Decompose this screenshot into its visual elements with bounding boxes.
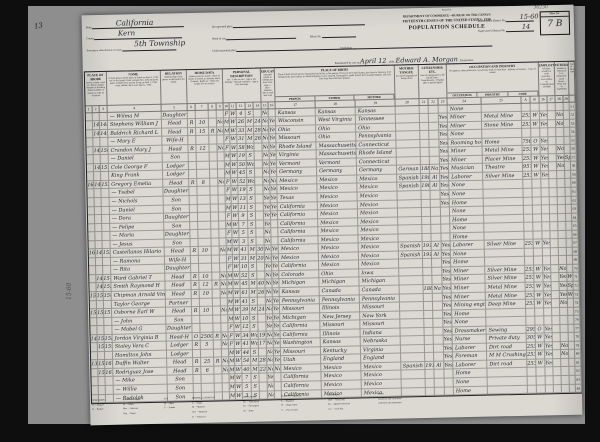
- census-cell: Yes: [444, 361, 453, 370]
- census-cell: [211, 213, 219, 222]
- census-cell: S: [248, 212, 256, 221]
- census-cell: [526, 317, 535, 326]
- census-cell: Yes: [443, 301, 452, 310]
- legend-cluster: COLOR OR RACEW — WhiteMex — MexicanNeg —…: [123, 398, 158, 423]
- census-cell: [541, 180, 549, 189]
- census-cell: [535, 317, 544, 326]
- subcolumn-father: FATHER: [315, 95, 355, 100]
- census-cell: W: [536, 334, 545, 343]
- census-cell: Yes: [439, 122, 448, 131]
- column-group-citizenship-etc-: CITIZENSHIP, ETC.Year of immigration to …: [419, 64, 448, 99]
- census-cell: 72: [574, 282, 580, 291]
- census-cell: [210, 187, 218, 196]
- census-cell: M: [251, 357, 259, 366]
- census-cell: [422, 234, 431, 243]
- census-cell: 2500: [201, 332, 214, 341]
- census-cell: 80: [575, 350, 581, 359]
- census-cell: Yes: [545, 342, 553, 351]
- census-cell: [430, 191, 440, 200]
- census-cell: [198, 204, 211, 213]
- sheet-value: 7 B: [541, 17, 569, 33]
- census-cell: [211, 195, 219, 204]
- census-cell: [522, 129, 531, 138]
- census-cell: 70: [573, 265, 579, 274]
- census-cell: [100, 112, 108, 121]
- census-cell: Wd: [247, 160, 255, 169]
- census-cell: S: [247, 152, 255, 161]
- census-cell: [201, 349, 214, 358]
- census-cell: [549, 188, 557, 197]
- census-cell: [211, 204, 219, 213]
- census-cell: [532, 180, 541, 189]
- legend-cluster: VETERANSWW — World WarSp — Spanish-Ameri…: [328, 393, 372, 418]
- census-cell: [553, 350, 561, 359]
- census-cell: R: [191, 273, 199, 282]
- census-cell: [553, 342, 561, 351]
- census-cell: [257, 263, 265, 272]
- census-cell: Yes: [443, 319, 452, 328]
- census-cell: 2537: [526, 291, 535, 300]
- census-cell: 2531: [525, 274, 534, 283]
- census-cell: 71: [573, 273, 579, 282]
- census-cell: M: [246, 126, 254, 135]
- census-cell: [102, 215, 110, 224]
- census-cell: 7: [239, 220, 248, 229]
- census-cell: [544, 316, 552, 325]
- census-cell: [525, 248, 534, 257]
- census-cell: [560, 325, 568, 334]
- census-cell: [423, 276, 432, 285]
- census-cell: [212, 247, 220, 256]
- census-cell: [257, 271, 265, 280]
- census-cell: [432, 259, 442, 268]
- census-cell: 1887: [424, 285, 433, 294]
- census-cell: [551, 248, 559, 257]
- census-cell: [212, 255, 220, 264]
- census-cell: [214, 366, 222, 375]
- census-cell: 26: [258, 288, 266, 297]
- census-cell: 2957: [526, 325, 535, 334]
- census-cell: [425, 336, 434, 345]
- census-cell: S: [247, 169, 255, 178]
- census-cell: 2531: [526, 300, 535, 309]
- census-cell: 1913: [423, 251, 432, 260]
- census-cell: [214, 375, 222, 384]
- census-cell: [199, 255, 212, 264]
- census-cell: 9: [239, 212, 248, 221]
- census-cell: [429, 131, 439, 140]
- census-cell: [542, 205, 550, 214]
- census-cell: [190, 196, 198, 205]
- census-cell: [433, 327, 443, 336]
- census-cell: 10: [200, 290, 213, 299]
- census-cell: [542, 222, 550, 231]
- census-cell: 7565: [522, 137, 531, 146]
- census-cell: Yes: [545, 333, 553, 342]
- census-cell: [420, 122, 429, 131]
- census-cell: [213, 307, 221, 316]
- census-cell: 81: [575, 359, 581, 368]
- census-cell: [523, 189, 532, 198]
- census-cell: [424, 302, 433, 311]
- census-cell: [557, 171, 565, 180]
- census-cell: W: [534, 240, 543, 249]
- census-cell: [105, 377, 113, 386]
- census-cell: [439, 105, 448, 114]
- census-cell: [548, 120, 556, 129]
- census-cell: Yes: [545, 359, 553, 368]
- census-cell: 22: [259, 365, 267, 374]
- census-cell: R: [188, 145, 196, 154]
- census-cell: [431, 208, 441, 217]
- census-cell: R: [188, 128, 196, 137]
- census-cell: S: [248, 229, 256, 238]
- census-cell: [199, 264, 212, 273]
- census-cell: [188, 110, 196, 119]
- column-group-home-data: HOME DATAHome owned or rented · Value of…: [187, 69, 224, 104]
- census-cell: [213, 324, 221, 333]
- legend-cluster: CITIZENSHIPNa — NaturalizedPa — First pa…: [243, 395, 276, 420]
- unincorporated-field: Unincorporated place: [212, 45, 356, 52]
- census-cell: [197, 161, 210, 170]
- census-cell: [432, 267, 442, 276]
- census-cell: 68: [573, 247, 579, 256]
- census-cell: [524, 223, 533, 232]
- census-cell: R: [193, 367, 201, 376]
- census-cell: Yes: [440, 190, 449, 199]
- census-cell: 83: [576, 376, 582, 385]
- census-cell: M: [250, 289, 258, 298]
- census-cell: 41: [240, 246, 249, 255]
- census-cell: [190, 230, 198, 239]
- census-cell: 73: [574, 290, 580, 299]
- census-cell: R: [214, 358, 222, 367]
- census-cell: 54: [570, 128, 576, 137]
- township-value: 5th Township: [134, 38, 185, 48]
- census-cell: 1915: [425, 362, 434, 371]
- column-group-place-of-abode: PLACE OF ABODEStreet, avenue, road, etc.…: [85, 72, 108, 106]
- census-cell: 44: [242, 349, 251, 358]
- census-cell: [548, 111, 556, 120]
- census-cell: Yes: [442, 250, 451, 259]
- census-cell: [422, 199, 431, 208]
- state-value: California: [116, 18, 154, 28]
- census-cell: [192, 316, 200, 325]
- census-cell: 61: [241, 289, 250, 298]
- census-cell: [101, 189, 109, 198]
- census-cell: [548, 103, 556, 112]
- census-cell: [435, 379, 445, 388]
- census-cell: W: [531, 111, 540, 120]
- census-cell: R: [192, 307, 200, 316]
- census-cell: 10: [199, 247, 212, 256]
- census-cell: [557, 179, 565, 188]
- census-cell: [209, 119, 217, 128]
- census-cell: 10: [200, 307, 213, 316]
- census-cell: Wd: [251, 331, 259, 340]
- census-cell: [560, 316, 568, 325]
- census-cell: [550, 197, 558, 206]
- census-cell: [522, 103, 531, 112]
- census-cell: 63: [572, 205, 578, 214]
- census-cell: [210, 153, 218, 162]
- census-cell: [540, 128, 548, 137]
- census-cell: [549, 154, 557, 163]
- census-cell: 56: [571, 145, 577, 154]
- census-cell: [434, 336, 444, 345]
- column-group-relation: RELATIONRelationship of this person to t…: [161, 70, 188, 105]
- census-cell: Yes: [439, 139, 448, 148]
- census-cell: [549, 145, 557, 154]
- census-cell: [210, 161, 218, 170]
- census-cell: [106, 386, 114, 395]
- census-cell: [527, 368, 536, 377]
- census-cell: 45: [240, 280, 249, 289]
- census-cell: [557, 188, 565, 197]
- census-cell: [441, 216, 450, 225]
- census-cell: Yes: [557, 154, 565, 163]
- census-cell: [432, 276, 442, 285]
- census-cell: [101, 172, 109, 181]
- census-cell: [212, 264, 220, 273]
- census-cell: 2537: [527, 351, 536, 360]
- census-cell: S: [250, 314, 258, 323]
- census-cell: [544, 308, 552, 317]
- census-cell: [559, 239, 567, 248]
- census-cell: [430, 156, 440, 165]
- census-cell: [542, 214, 550, 223]
- census-cell: 79: [575, 341, 581, 350]
- census-cell: 156: [104, 292, 112, 301]
- census-cell: S: [247, 186, 255, 195]
- census-cell: 1902: [421, 182, 430, 191]
- census-cell: [531, 103, 540, 112]
- census-cell: 153: [103, 249, 111, 258]
- census-cell: [260, 382, 268, 391]
- census-cell: W: [535, 291, 544, 300]
- census-cell: [255, 152, 263, 161]
- census-cell: R: [209, 127, 217, 136]
- census-cell: [422, 216, 431, 225]
- census-cell: [558, 231, 566, 240]
- census-cell: [200, 324, 213, 333]
- census-cell: [550, 214, 558, 223]
- census-cell: 2531: [527, 359, 536, 368]
- subcolumn-mother: MOTHER: [355, 94, 395, 99]
- census-cell: 3057: [527, 334, 536, 343]
- census-cell: 76: [574, 316, 580, 325]
- census-cell: Yes: [440, 148, 449, 157]
- census-cell: 20: [257, 254, 265, 263]
- census-cell: [421, 191, 430, 200]
- census-cell: 2537: [526, 283, 535, 292]
- census-cell: 150: [100, 147, 108, 156]
- census-cell: [533, 231, 542, 240]
- census-cell: [558, 196, 566, 205]
- census-cell: 158: [105, 335, 113, 344]
- census-cell: [425, 345, 434, 354]
- census-cell: [256, 212, 264, 221]
- census-cell: 78: [575, 333, 581, 342]
- census-cell: [213, 298, 221, 307]
- census-cell: [552, 282, 560, 291]
- census-cell: [434, 370, 444, 379]
- census-cell: [552, 308, 560, 317]
- census-cell: Yes: [540, 111, 548, 120]
- census-cell: 1885: [421, 165, 430, 174]
- census-cell: S: [248, 195, 256, 204]
- census-cell: [561, 359, 569, 368]
- census-cell: R: [188, 119, 196, 128]
- census-cell: Yes: [560, 290, 568, 299]
- census-cell: [548, 137, 556, 146]
- census-cell: R: [193, 358, 201, 367]
- census-cell: [556, 137, 564, 146]
- census-cell: [545, 368, 553, 377]
- census-cell: [433, 302, 443, 311]
- census-cell: W: [536, 359, 545, 368]
- column-group-place-of-birth: PLACE OF BIRTHPlace of birth of each per…: [275, 66, 396, 103]
- census-cell: [441, 225, 450, 234]
- census-cell: [424, 319, 433, 328]
- census-cell: [552, 316, 560, 325]
- census-cell: [556, 128, 564, 137]
- census-cell: [196, 136, 209, 145]
- census-cell: Na: [430, 165, 440, 174]
- census-cell: [526, 308, 535, 317]
- census-cell: [431, 216, 441, 225]
- census-cell: No: [556, 111, 564, 120]
- census-cell: [104, 317, 112, 326]
- census-cell: [102, 223, 110, 232]
- census-cell: 149: [100, 129, 108, 138]
- census-cell: 152: [101, 181, 109, 190]
- census-cell: [424, 293, 433, 302]
- census-cell: [101, 155, 109, 164]
- subcolumn-person: PERSON: [275, 96, 315, 101]
- census-cell: [193, 375, 201, 384]
- census-cell: 157: [104, 309, 112, 318]
- column-group-farm-schedule: Number of farm schedule: [569, 62, 576, 96]
- census-cell: 28: [254, 126, 262, 135]
- census-cell: [200, 298, 213, 307]
- population-table: PLACE OF ABODEStreet, avenue, road, etc.…: [84, 61, 583, 405]
- census-cell: No: [557, 145, 565, 154]
- census-cell: 50: [238, 161, 247, 170]
- census-cell: [197, 153, 210, 162]
- census-cell: [421, 157, 430, 166]
- census-cell: Yes: [442, 242, 451, 251]
- census-cell: 7: [242, 374, 251, 383]
- census-cell: [211, 230, 219, 239]
- census-cell: 30: [257, 246, 265, 255]
- census-cell: [550, 205, 558, 214]
- column-group-education: EDUCATIONAttended school or college any …: [261, 68, 276, 102]
- subcolumn-code: CODE: [508, 91, 538, 96]
- film-scribble: 36230: [533, 5, 547, 10]
- census-cell: Al: [432, 242, 442, 251]
- census-cell: 2531: [525, 240, 534, 249]
- census-cell: Yes: [440, 156, 449, 165]
- census-cell: [209, 136, 217, 145]
- census-cell: [255, 169, 263, 178]
- census-cell: [537, 376, 546, 385]
- census-cell: [551, 256, 559, 265]
- census-cell: 31: [240, 255, 249, 264]
- census-cell: 55: [570, 136, 576, 145]
- census-cell: Yes: [559, 273, 567, 282]
- census-cell: Yes: [541, 154, 549, 163]
- census-cell: 19: [238, 152, 247, 161]
- census-cell: [196, 110, 209, 119]
- census-cell: 61: [571, 188, 577, 197]
- subcolumn-occupation: OCCUPATION: [447, 93, 477, 98]
- census-sheet: State California County Kern Township or…: [82, 5, 583, 426]
- census-cell: [103, 266, 111, 275]
- census-cell: Yes: [544, 282, 552, 291]
- census-cell: [559, 248, 567, 257]
- block-field: Block No.: [310, 33, 356, 38]
- census-cell: 69: [573, 256, 579, 265]
- census-cell: [548, 128, 556, 137]
- census-cell: [425, 370, 434, 379]
- census-cell: [525, 257, 534, 266]
- census-cell: [255, 186, 263, 195]
- census-cell: 65: [572, 222, 578, 231]
- census-cell: 19: [259, 331, 267, 340]
- census-cell: M: [246, 118, 254, 127]
- census-cell: W: [535, 299, 544, 308]
- legend-cluster: HOME DATAO — OwnedR — Rented: [92, 399, 118, 424]
- census-cell: 58: [237, 144, 246, 153]
- census-cell: [214, 341, 222, 350]
- census-cell: [209, 144, 217, 153]
- census-cell: Yes: [442, 259, 451, 268]
- census-cell: [189, 153, 197, 162]
- census-cell: [192, 298, 200, 307]
- census-cell: [420, 140, 429, 149]
- subcolumn-industry: INDUSTRY: [478, 92, 508, 97]
- census-cell: W: [532, 146, 541, 155]
- census-cell: [429, 139, 439, 148]
- census-cell: Yes: [444, 353, 453, 362]
- census-cell: 2537: [522, 112, 531, 121]
- census-cell: Yes: [444, 336, 453, 345]
- ward-field: Ward of city: [212, 35, 296, 41]
- census-cell: 1913: [423, 242, 432, 251]
- census-cell: Al: [434, 361, 444, 370]
- census-cell: [255, 160, 263, 169]
- census-cell: [100, 138, 108, 147]
- census-cell: 58: [571, 162, 577, 171]
- census-cell: W: [532, 163, 541, 172]
- county-value: Kern: [118, 29, 135, 37]
- table-body: — Wilma MDaughterFW4SNoKansasKansasKansa…: [86, 102, 582, 403]
- census-cell: [200, 315, 213, 324]
- enum-district-value: 15-60: [520, 12, 539, 20]
- census-cell: R: [212, 281, 220, 290]
- census-cell: W: [535, 282, 544, 291]
- census-cell: No: [559, 265, 567, 274]
- census-cell: [444, 370, 453, 379]
- census-cell: 2531: [527, 342, 536, 351]
- census-cell: [104, 326, 112, 335]
- census-cell: [550, 231, 558, 240]
- census-cell: 1902: [421, 174, 430, 183]
- census-cell: [103, 258, 111, 267]
- census-cell: [256, 229, 264, 238]
- census-cell: [190, 222, 198, 231]
